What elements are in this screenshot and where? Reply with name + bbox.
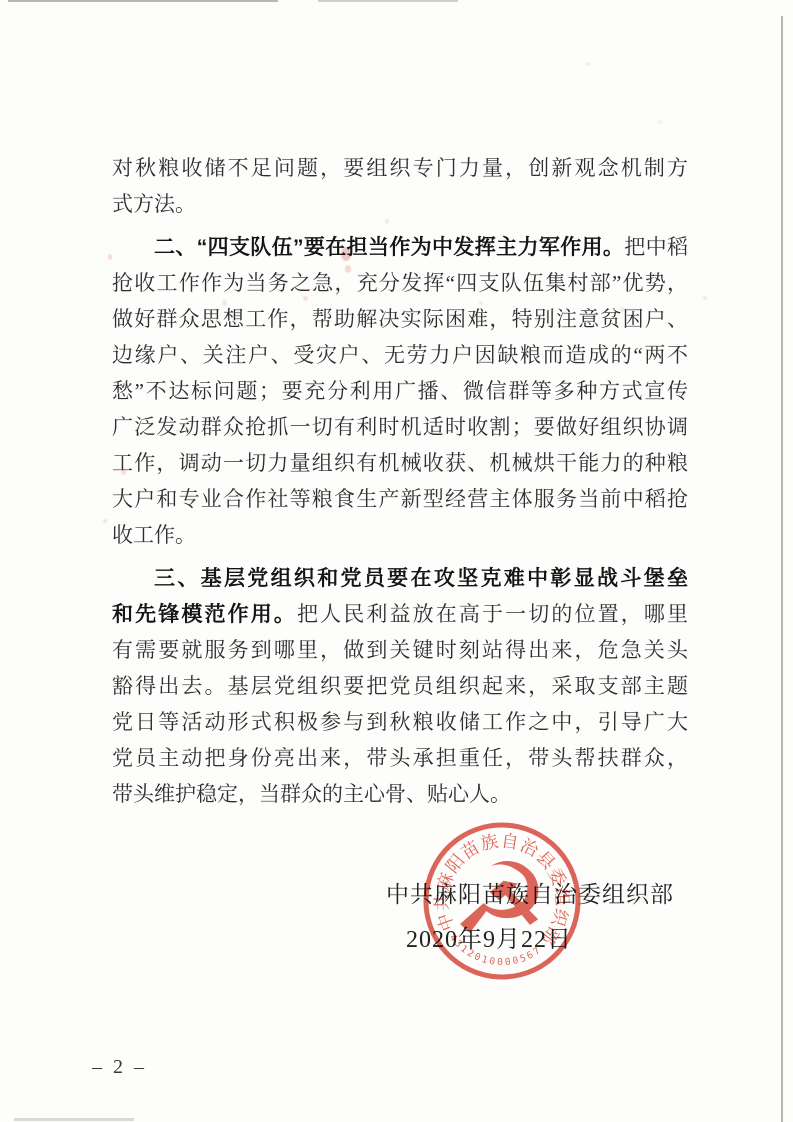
text-segment: 对秋粮收储不足问题，要组织专门力量，创新观念机制方	[112, 156, 688, 180]
ink-speckle	[586, 62, 591, 66]
text-segment: 党员主动把身份亮出来，带头承担重任，带头帮扶群众，	[112, 746, 688, 770]
bold-text-segment: 和先锋模范作用。	[112, 603, 297, 626]
text-segment: 边缘户、关注户、受灾户、无劳力户因缺粮而造成的“两不	[112, 343, 688, 367]
text-line: 党员主动把身份亮出来，带头承担重任，带头帮扶群众，	[112, 740, 688, 776]
official-seal: ☭ 中共麻阳苗族自治县委组织部 4312010000567	[389, 788, 615, 1014]
text-segment: 抢收工作作为当务之急，充分发挥“四支队伍集村部”优势，	[112, 271, 688, 295]
text-line: 和先锋模范作用。把人民利益放在高于一切的位置，哪里	[112, 596, 688, 632]
text-segment: 收工作。	[112, 523, 196, 547]
text-line: 愁”不达标问题；要充分利用广播、微信群等多种方式宣传	[112, 373, 688, 409]
text-segment: 广泛发动群众抢抓一切有利时机适时收割；要做好组织协调	[112, 415, 688, 439]
text-line: 广泛发动群众抢抓一切有利时机适时收割；要做好组织协调	[112, 409, 688, 445]
text-segment: 大户和专业合作社等粮食生产新型经营主体服务当前中稻抢	[112, 487, 688, 511]
scan-edge-right	[781, 16, 783, 1122]
scan-edge-top	[318, 0, 458, 2]
ink-speckle	[658, 120, 662, 124]
text-line: 三、基层党组织和党员要在攻坚克难中彰显战斗堡垒	[112, 560, 688, 596]
text-segment: 党日等活动形式积极参与到秋粮收储工作之中，引导广大	[112, 710, 688, 734]
text-line: 有需要就服务到哪里，做到关键时刻站得出来，危急关头	[112, 632, 688, 668]
text-line: 党日等活动形式积极参与到秋粮收储工作之中，引导广大	[112, 704, 688, 740]
text-line: 带头维护稳定，当群众的主心骨、贴心人。	[112, 776, 688, 812]
text-segment: 工作，调动一切力量组织有机械收获、机械烘干能力的种粮	[112, 451, 688, 475]
document-body: 对秋粮收储不足问题，要组织专门力量，创新观念机制方式方法。二、“四支队伍”要在担…	[112, 150, 688, 812]
page-number: – 2 –	[92, 1056, 147, 1079]
text-line: 抢收工作作为当务之急，充分发挥“四支队伍集村部”优势，	[112, 265, 688, 301]
paragraph: 三、基层党组织和党员要在攻坚克难中彰显战斗堡垒和先锋模范作用。把人民利益放在高于…	[112, 560, 688, 812]
text-segment: 有需要就服务到哪里，做到关键时刻站得出来，危急关头	[112, 638, 688, 662]
text-line: 二、“四支队伍”要在担当作为中发挥主力军作用。把中稻	[112, 229, 688, 265]
scan-edge-bottom	[14, 1118, 134, 1121]
scan-edge-top	[8, 0, 278, 2]
text-line: 做好群众思想工作，帮助解决实际困难，特别注意贫困户、	[112, 301, 688, 337]
text-segment: 把人民利益放在高于一切的位置，哪里	[297, 602, 688, 626]
text-line: 式方法。	[112, 186, 688, 222]
ink-speckle	[703, 296, 707, 300]
text-line: 大户和专业合作社等粮食生产新型经营主体服务当前中稻抢	[112, 481, 688, 517]
scanned-document-page: 对秋粮收储不足问题，要组织专门力量，创新观念机制方式方法。二、“四支队伍”要在担…	[0, 0, 793, 1122]
bold-text-segment: 二、“四支队伍”要在担当作为中发挥主力军作用。	[154, 236, 624, 259]
ink-speckle	[103, 519, 107, 523]
text-segment: 把中稻	[624, 235, 688, 259]
text-line: 豁得出去。基层党组织要把党员组织起来，采取支部主题	[112, 668, 688, 704]
text-segment: 愁”不达标问题；要充分利用广播、微信群等多种方式宣传	[112, 379, 688, 403]
text-line: 收工作。	[112, 517, 688, 553]
text-segment: 豁得出去。基层党组织要把党员组织起来，采取支部主题	[112, 674, 688, 698]
paragraph: 二、“四支队伍”要在担当作为中发挥主力军作用。把中稻抢收工作作为当务之急，充分发…	[112, 229, 688, 553]
text-line: 对秋粮收储不足问题，要组织专门力量，创新观念机制方	[112, 150, 688, 186]
text-line: 工作，调动一切力量组织有机械收获、机械烘干能力的种粮	[112, 445, 688, 481]
text-line: 边缘户、关注户、受灾户、无劳力户因缺粮而造成的“两不	[112, 337, 688, 373]
text-segment: 做好群众思想工作，帮助解决实际困难，特别注意贫困户、	[112, 307, 688, 331]
paragraph: 对秋粮收储不足问题，要组织专门力量，创新观念机制方式方法。	[112, 150, 688, 222]
text-segment: 式方法。	[112, 192, 196, 216]
bold-text-segment: 三、基层党组织和党员要在攻坚克难中彰显战斗堡垒	[154, 567, 688, 590]
